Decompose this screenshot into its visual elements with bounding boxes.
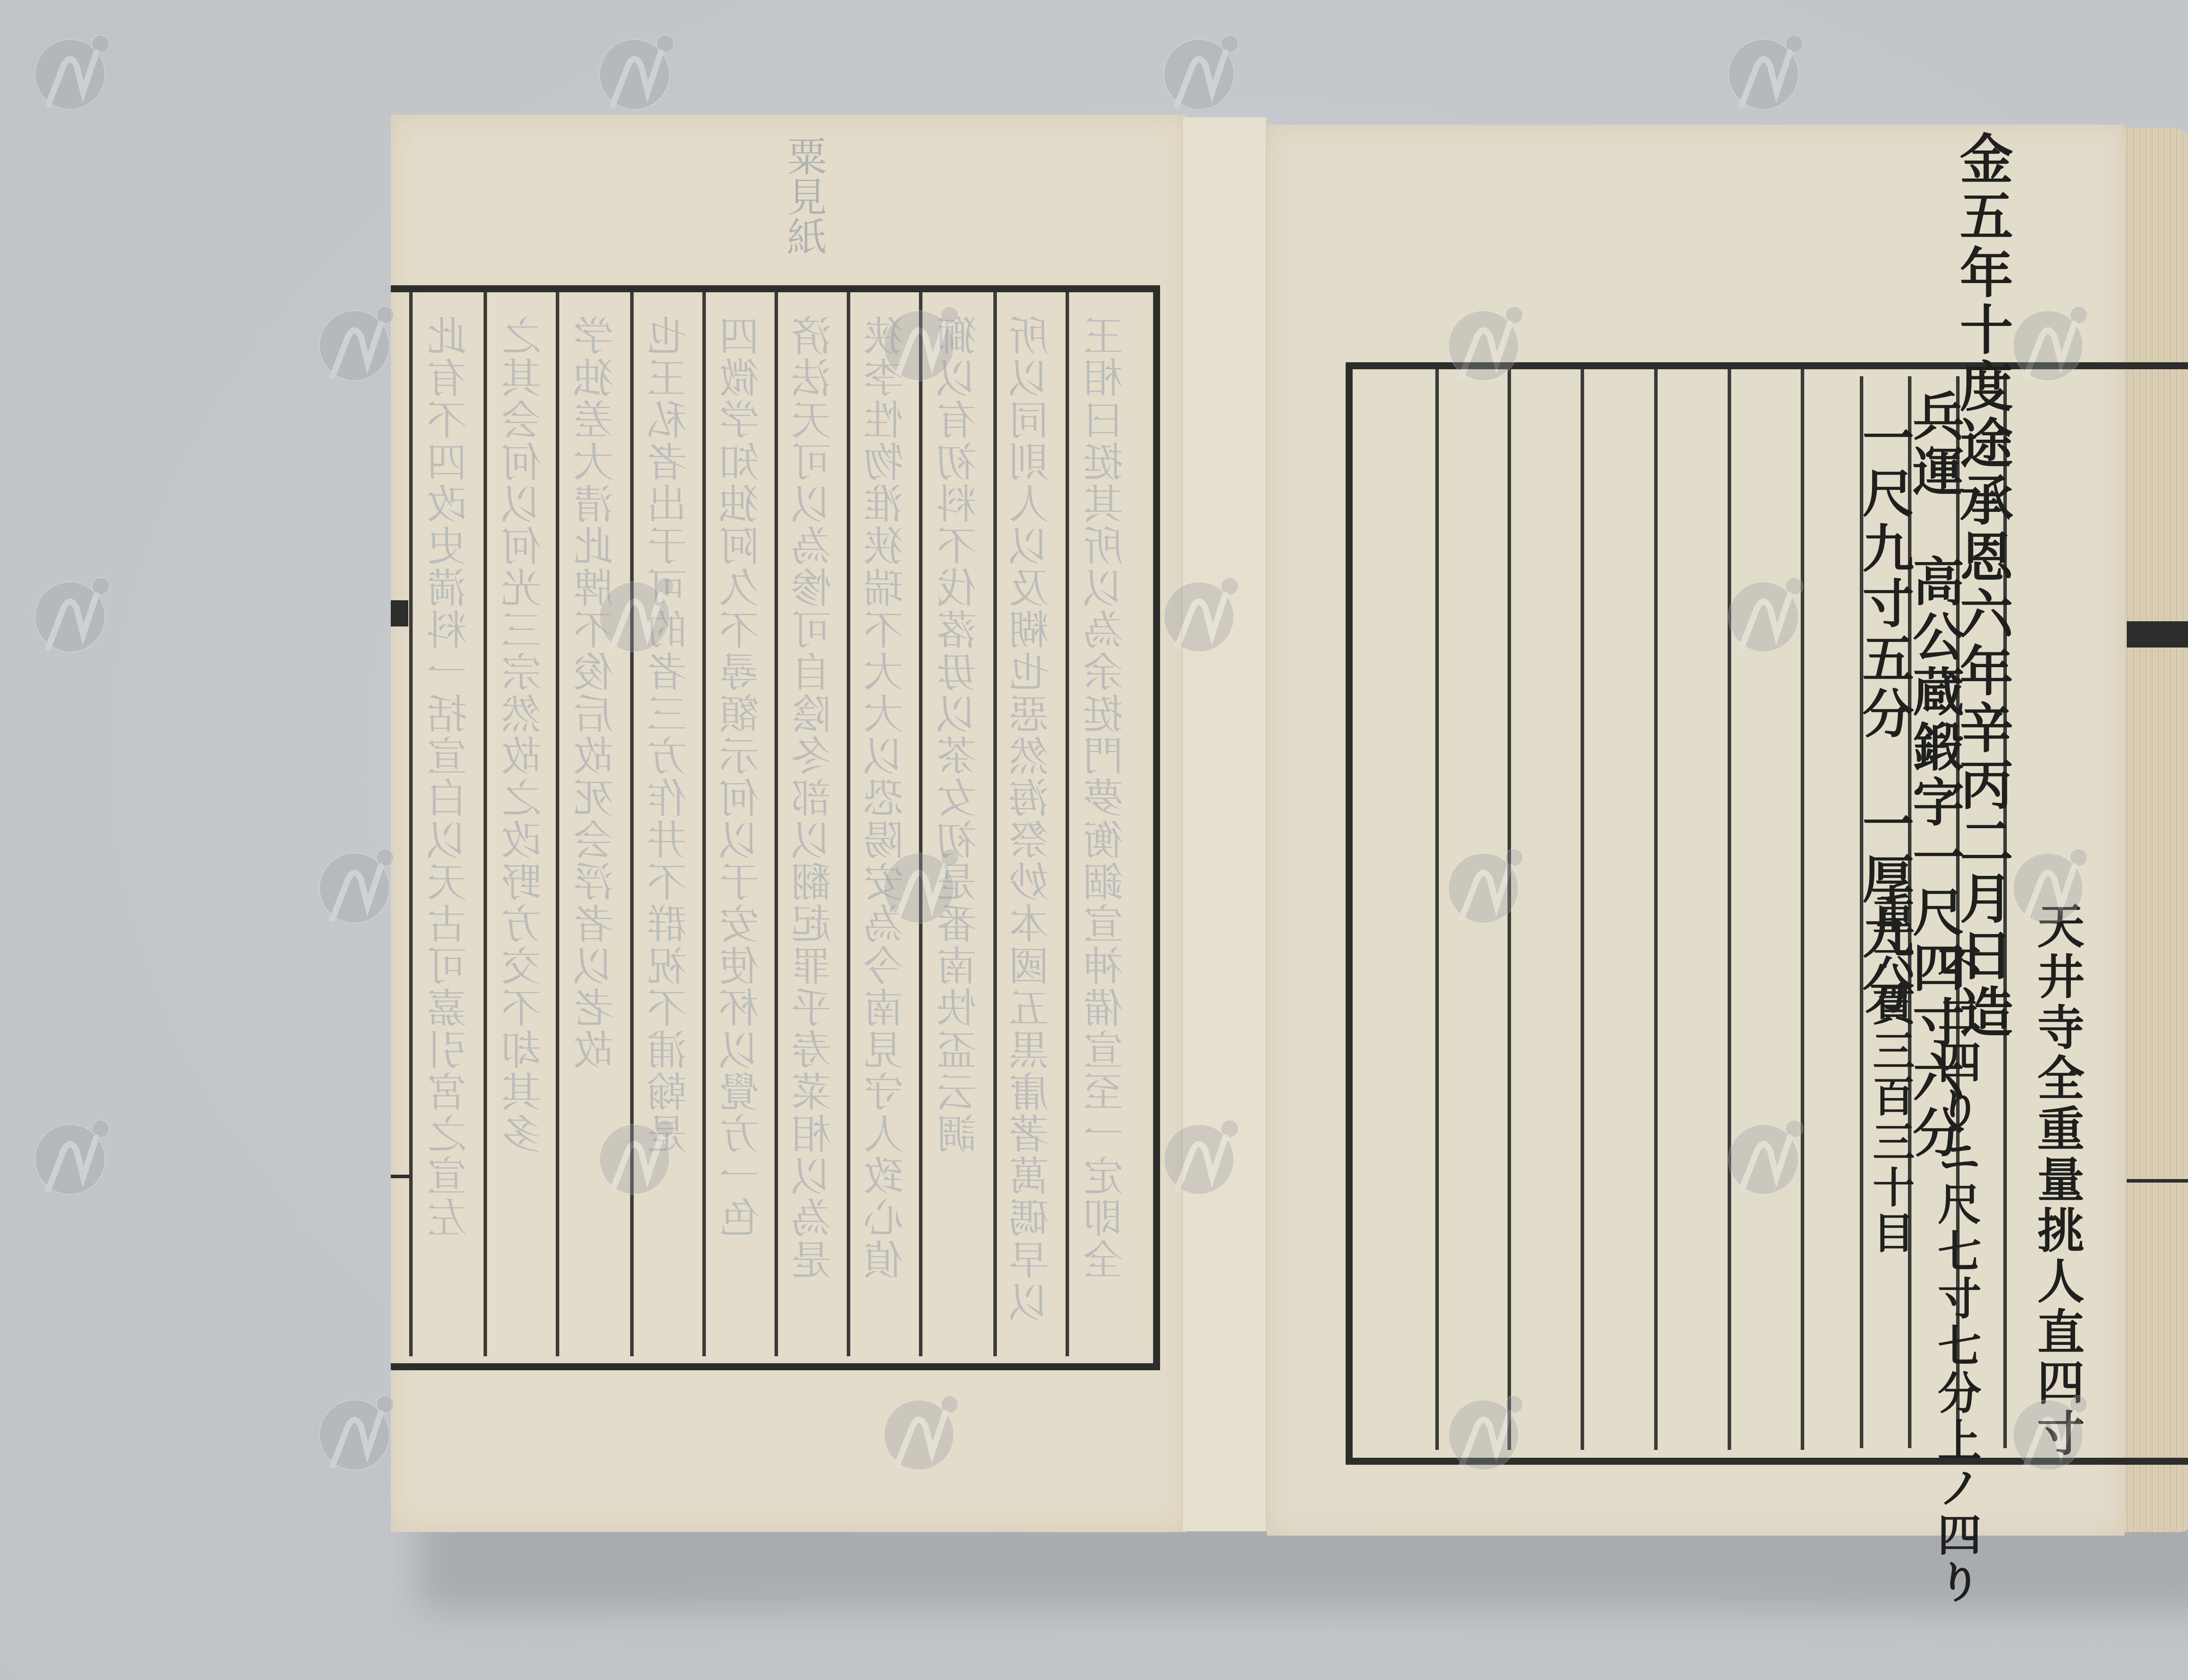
nishogakusha-n-logo-icon [866, 289, 971, 394]
bleed-through-column: 狭李性物淮狭瑞不大大以恐陽安為今南見守人致心偵 [861, 315, 914, 1281]
nishogakusha-n-logo-icon [1147, 560, 1252, 665]
bleed-through-column: 学独差大清此牌不俊后故死会浮者以老故 [571, 315, 624, 1071]
nishogakusha-watermark [18, 17, 123, 122]
nishogakusha-watermark [582, 560, 687, 665]
nishogakusha-watermark [866, 289, 971, 394]
nishogakusha-n-logo-icon [18, 1102, 123, 1207]
left-rule [702, 292, 706, 1356]
nishogakusha-watermark [866, 1378, 971, 1483]
nishogakusha-watermark [18, 560, 123, 665]
book-gutter [1182, 117, 1268, 1531]
right-rule [1801, 369, 1804, 1450]
nishogakusha-n-logo-icon [582, 1102, 687, 1207]
nishogakusha-n-logo-icon [1431, 289, 1536, 394]
nishogakusha-watermark [1147, 17, 1252, 122]
nishogakusha-watermark [1147, 1102, 1252, 1207]
left-page-annotation: 粟見紙 [775, 136, 832, 256]
nishogakusha-watermark [1711, 560, 1816, 665]
nishogakusha-n-logo-icon [1995, 289, 2100, 394]
handwritten-column: 重六貫三百三十目 [1864, 892, 1917, 1256]
nishogakusha-watermark [1431, 831, 1536, 936]
left-rule [919, 292, 922, 1356]
nishogakusha-n-logo-icon [302, 1378, 407, 1483]
bleed-through-column: 王相曰挺其所以為余挺門夢衡錮宣神備宣至一定即全 [1081, 315, 1133, 1281]
left-page-tab-mark [391, 600, 408, 626]
nishogakusha-n-logo-icon [582, 560, 687, 665]
nishogakusha-n-logo-icon [1147, 17, 1252, 122]
nishogakusha-n-logo-icon [302, 289, 407, 394]
nishogakusha-n-logo-icon [18, 17, 123, 122]
nishogakusha-watermark [1995, 289, 2100, 394]
nishogakusha-n-logo-icon [866, 831, 971, 936]
left-rule [556, 292, 559, 1356]
left-rule [775, 292, 778, 1356]
left-rule [409, 292, 413, 1356]
right-rule [1654, 369, 1658, 1450]
nishogakusha-watermark [1711, 1102, 1816, 1207]
nishogakusha-watermark [866, 831, 971, 936]
bleed-through-column: 獅以有初料不伐落毋以茶女初是番南快盃云調 [934, 315, 987, 1155]
nishogakusha-n-logo-icon [582, 17, 687, 122]
nishogakusha-n-logo-icon [1995, 1378, 2100, 1483]
left-rule [484, 292, 487, 1356]
handwritten-column: 天井寺全重量挑人直四寸 [2030, 901, 2083, 1459]
nishogakusha-watermark [302, 831, 407, 936]
bleed-through-column: 所以同則人以及糊也惡然海祭妙本國五黒庸著萬碼早以 [1006, 315, 1059, 1323]
nishogakusha-n-logo-icon [1995, 831, 2100, 936]
bleed-through-column: 之其会何以何光三宗然故之改野方交不却其多 [499, 315, 551, 1155]
right-rule [1581, 369, 1584, 1450]
bleed-through-column: 済法天可以為惨可自陰冬部以翻起罪乎寿菜相以為是 [789, 315, 842, 1281]
nishogakusha-watermark [302, 1378, 407, 1483]
right-page-tab-line [2127, 1179, 2188, 1183]
nishogakusha-n-logo-icon [1431, 1378, 1536, 1483]
nishogakusha-watermark [1431, 1378, 1536, 1483]
nishogakusha-n-logo-icon [18, 560, 123, 665]
left-rule [993, 292, 997, 1356]
nishogakusha-watermark [1995, 831, 2100, 936]
nishogakusha-watermark [582, 1102, 687, 1207]
bleed-through-column: 此有不四改史満料一括宣白以天古可嘉引宮之宣左 [424, 315, 477, 1239]
left-rule [847, 292, 850, 1356]
nishogakusha-n-logo-icon [302, 831, 407, 936]
nishogakusha-watermark [1431, 289, 1536, 394]
nishogakusha-watermark [302, 289, 407, 394]
nishogakusha-watermark [1147, 560, 1252, 665]
nishogakusha-watermark [18, 1102, 123, 1207]
nishogakusha-watermark [582, 17, 687, 122]
nishogakusha-watermark [1711, 17, 1816, 122]
handwritten-column: 不二四りニ尺七寸七分上ノ四り [1930, 945, 1982, 1606]
left-rule [1066, 292, 1069, 1356]
nishogakusha-n-logo-icon [1711, 1102, 1816, 1207]
nishogakusha-n-logo-icon [1431, 831, 1536, 936]
bleed-through-column: 四微学知独阿久不尋額示何以于安使杯以覺方一色 [717, 315, 769, 1239]
nishogakusha-n-logo-icon [866, 1378, 971, 1483]
nishogakusha-n-logo-icon [1711, 560, 1816, 665]
right-page-tab-mark [2127, 621, 2188, 647]
left-page-tab-line [391, 1175, 410, 1178]
nishogakusha-n-logo-icon [1147, 1102, 1252, 1207]
nishogakusha-n-logo-icon [1711, 17, 1816, 122]
nishogakusha-watermark [1995, 1378, 2100, 1483]
bleed-through-column: 也王私者出于可的者三方作井不群祝不浦翰是 [645, 315, 697, 1155]
right-rule [1728, 369, 1731, 1450]
